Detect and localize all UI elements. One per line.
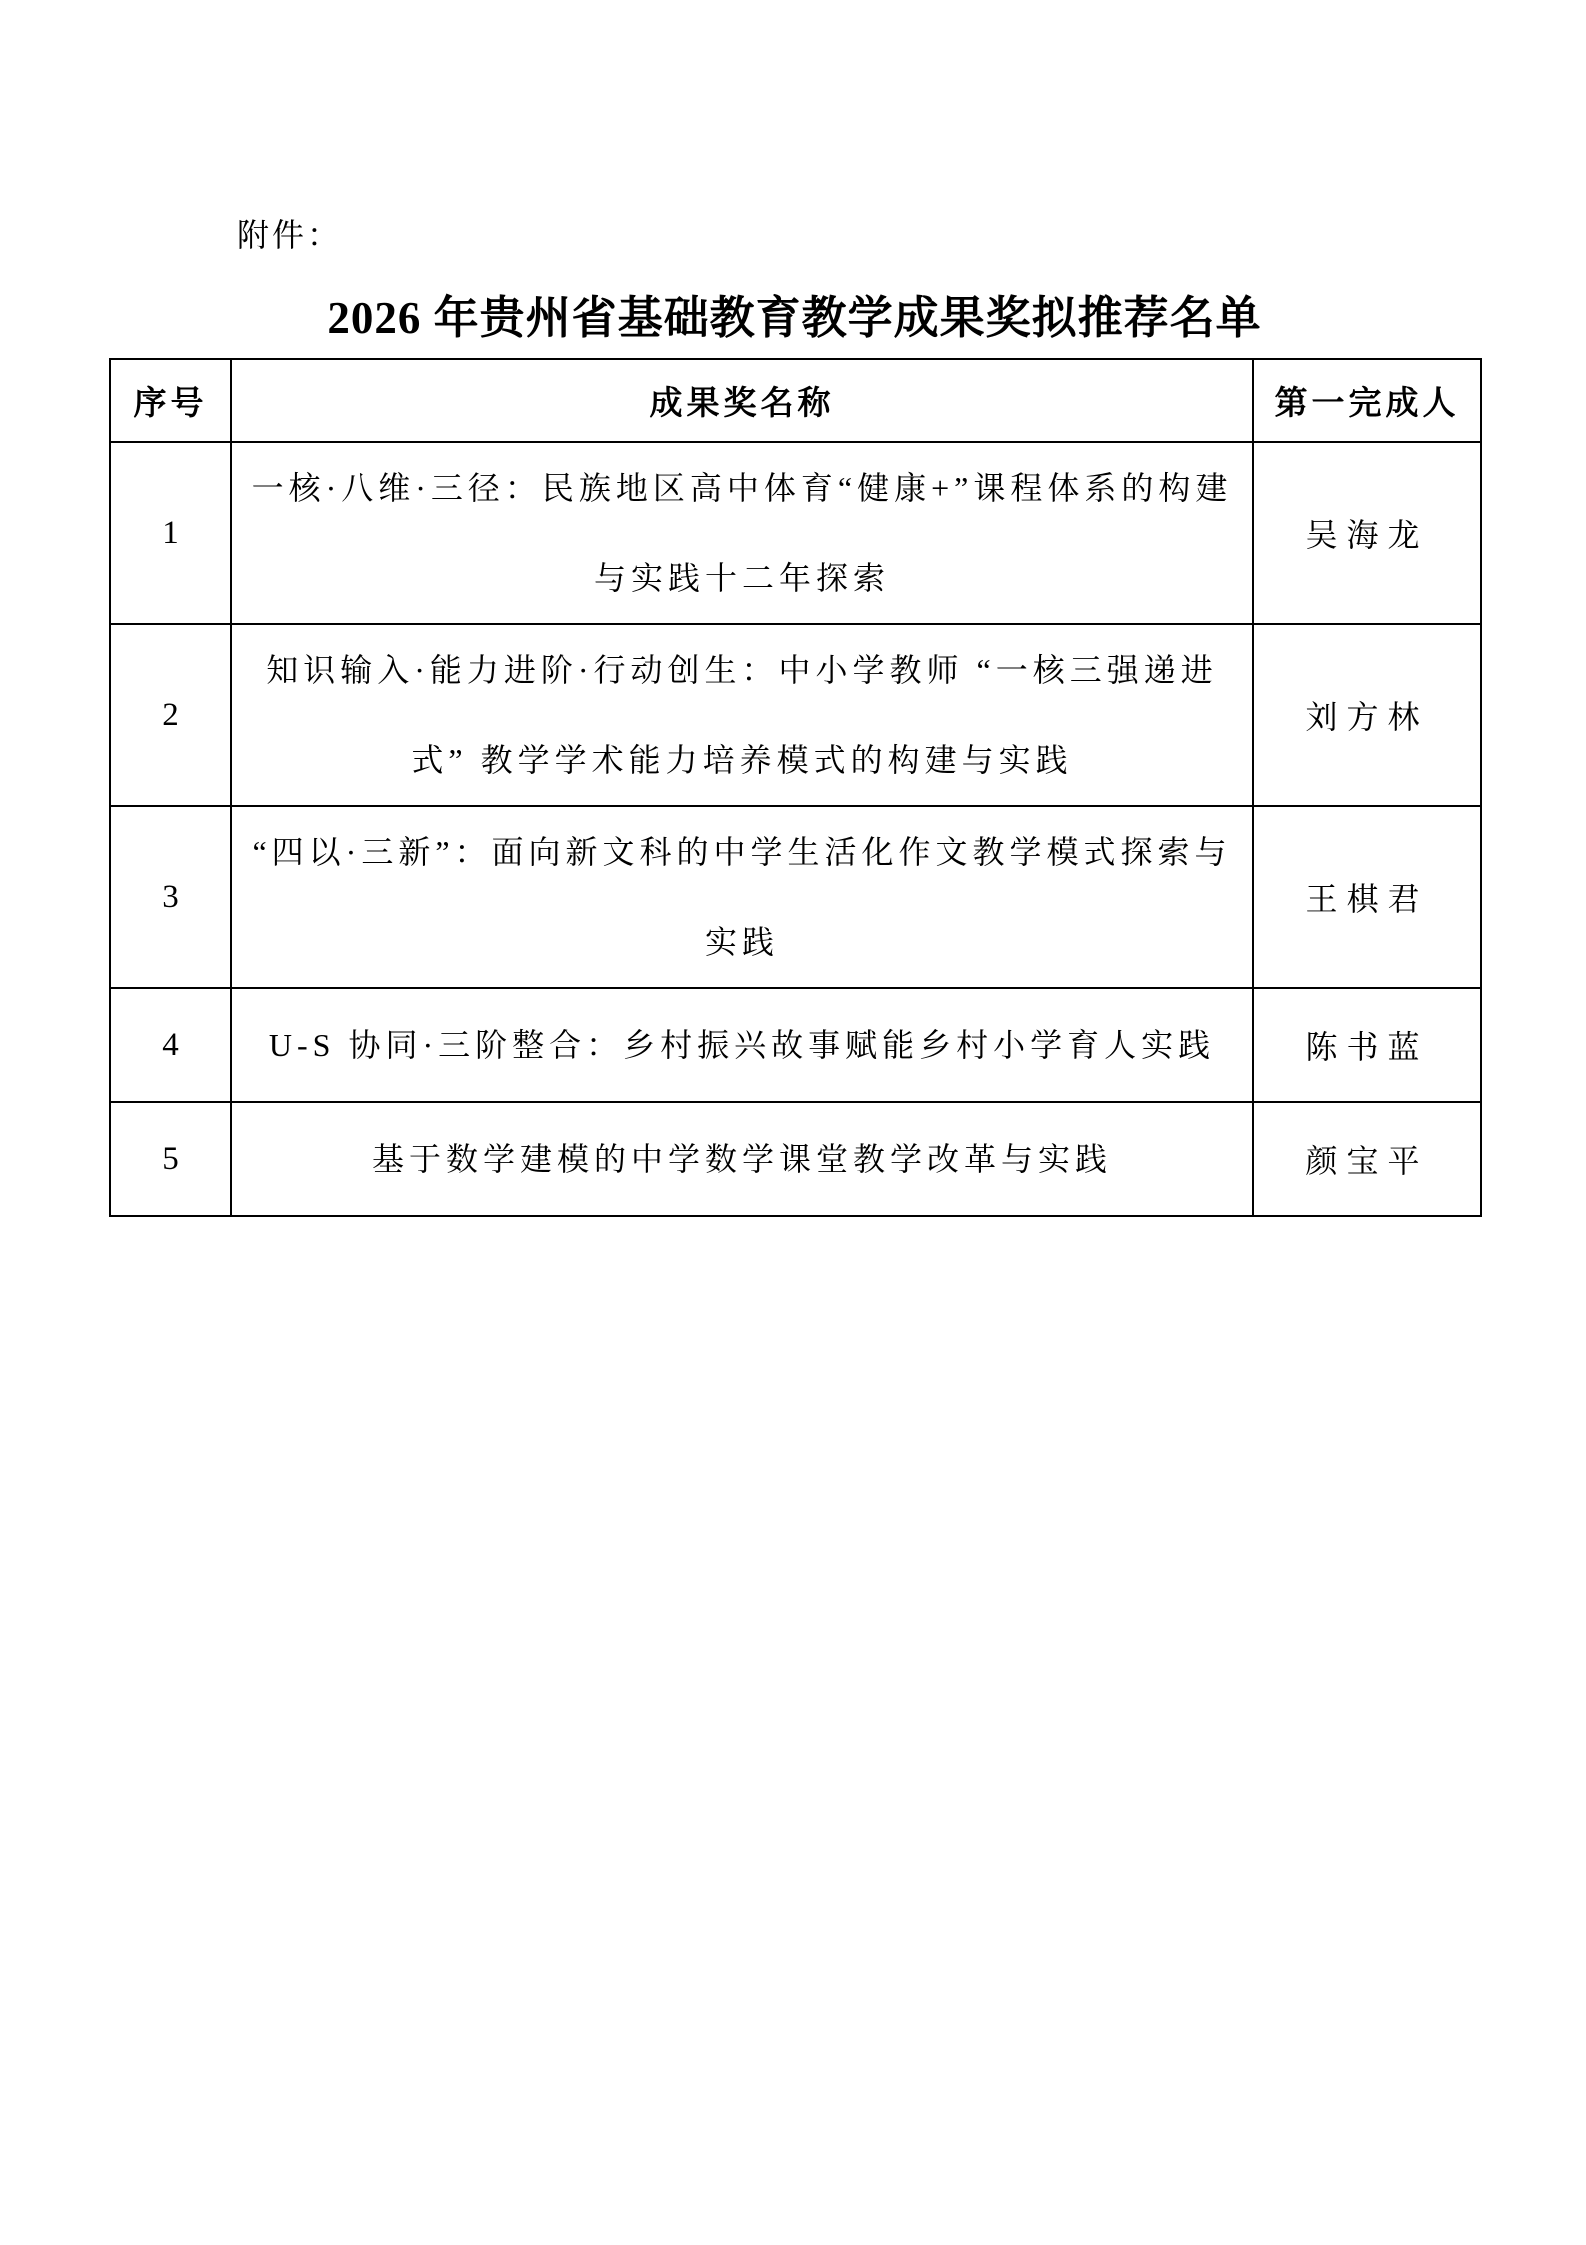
row-index: 2 xyxy=(110,624,231,806)
first-completer: 颜宝平 xyxy=(1253,1102,1481,1216)
table-row: 1 一核·八维·三径：民族地区高中体育“健康+”课程体系的构建与实践十二年探索 … xyxy=(110,442,1481,624)
table-row: 3 “四以·三新”：面向新文科的中学生活化作文教学模式探索与实践 王棋君 xyxy=(110,806,1481,988)
header-achievement-name: 成果奖名称 xyxy=(231,359,1253,442)
table-header-row: 序号 成果奖名称 第一完成人 xyxy=(110,359,1481,442)
row-index: 3 xyxy=(110,806,231,988)
row-index: 1 xyxy=(110,442,231,624)
table-row: 2 知识输入·能力进阶·行动创生：中小学教师 “一核三强递进式” 教学学术能力培… xyxy=(110,624,1481,806)
table-row: 4 U-S 协同·三阶整合：乡村振兴故事赋能乡村小学育人实践 陈书蓝 xyxy=(110,988,1481,1102)
first-completer: 陈书蓝 xyxy=(1253,988,1481,1102)
award-table: 序号 成果奖名称 第一完成人 1 一核·八维·三径：民族地区高中体育“健康+”课… xyxy=(109,358,1482,1217)
first-completer: 吴海龙 xyxy=(1253,442,1481,624)
attachment-label: 附件： xyxy=(237,210,342,256)
table-row: 5 基于数学建模的中学数学课堂教学改革与实践 颜宝平 xyxy=(110,1102,1481,1216)
first-completer: 刘方林 xyxy=(1253,624,1481,806)
achievement-name: “四以·三新”：面向新文科的中学生活化作文教学模式探索与实践 xyxy=(231,806,1253,988)
document-page: 附件： 2026 年贵州省基础教育教学成果奖拟推荐名单 序号 成果奖名称 第一完… xyxy=(0,0,1586,2245)
achievement-name: U-S 协同·三阶整合：乡村振兴故事赋能乡村小学育人实践 xyxy=(231,988,1253,1102)
header-first-completer: 第一完成人 xyxy=(1253,359,1481,442)
row-index: 5 xyxy=(110,1102,231,1216)
header-index: 序号 xyxy=(110,359,231,442)
achievement-name: 知识输入·能力进阶·行动创生：中小学教师 “一核三强递进式” 教学学术能力培养模… xyxy=(231,624,1253,806)
achievement-name: 一核·八维·三径：民族地区高中体育“健康+”课程体系的构建与实践十二年探索 xyxy=(231,442,1253,624)
page-title: 2026 年贵州省基础教育教学成果奖拟推荐名单 xyxy=(109,281,1480,346)
first-completer: 王棋君 xyxy=(1253,806,1481,988)
row-index: 4 xyxy=(110,988,231,1102)
achievement-name: 基于数学建模的中学数学课堂教学改革与实践 xyxy=(231,1102,1253,1216)
